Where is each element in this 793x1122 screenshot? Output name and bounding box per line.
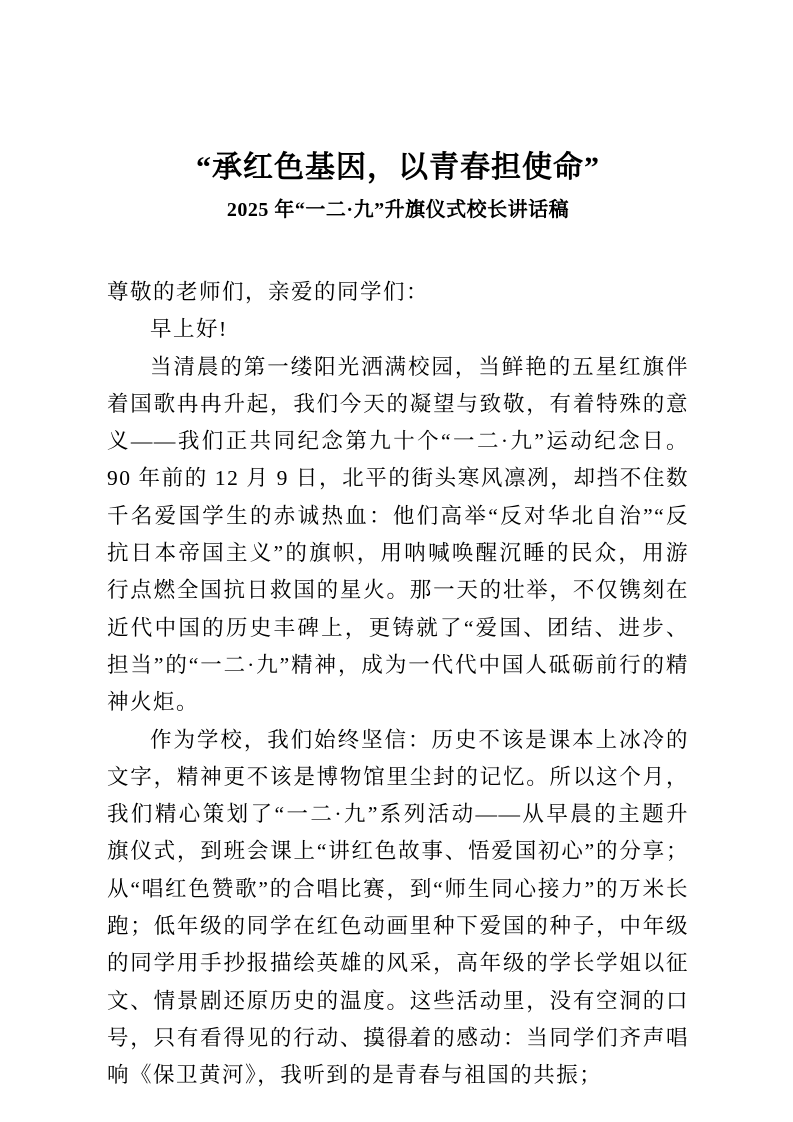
document-subtitle: 2025 年“一二·九”升旗仪式校长讲话稿 [107,197,689,224]
paragraph-salutation: 尊敬的老师们，亲爱的同学们： [107,274,689,311]
document-content: “承红色基因，以青春担使命” 2025 年“一二·九”升旗仪式校长讲话稿 尊敬的… [107,0,689,1095]
document-body: 尊敬的老师们，亲爱的同学们： 早上好! 当清晨的第一缕阳光洒满校园，当鲜艳的五星… [107,274,689,1095]
document-title: “承红色基因，以青春担使命” [107,148,689,188]
page-number: — 1 — [0,1033,793,1053]
document-page: “承红色基因，以青春担使命” 2025 年“一二·九”升旗仪式校长讲话稿 尊敬的… [0,0,793,1122]
paragraph-greeting: 早上好! [107,311,689,348]
paragraph-history: 当清晨的第一缕阳光洒满校园，当鲜艳的五星红旗伴着国歌冉冉升起，我们今天的凝望与致… [107,349,689,722]
